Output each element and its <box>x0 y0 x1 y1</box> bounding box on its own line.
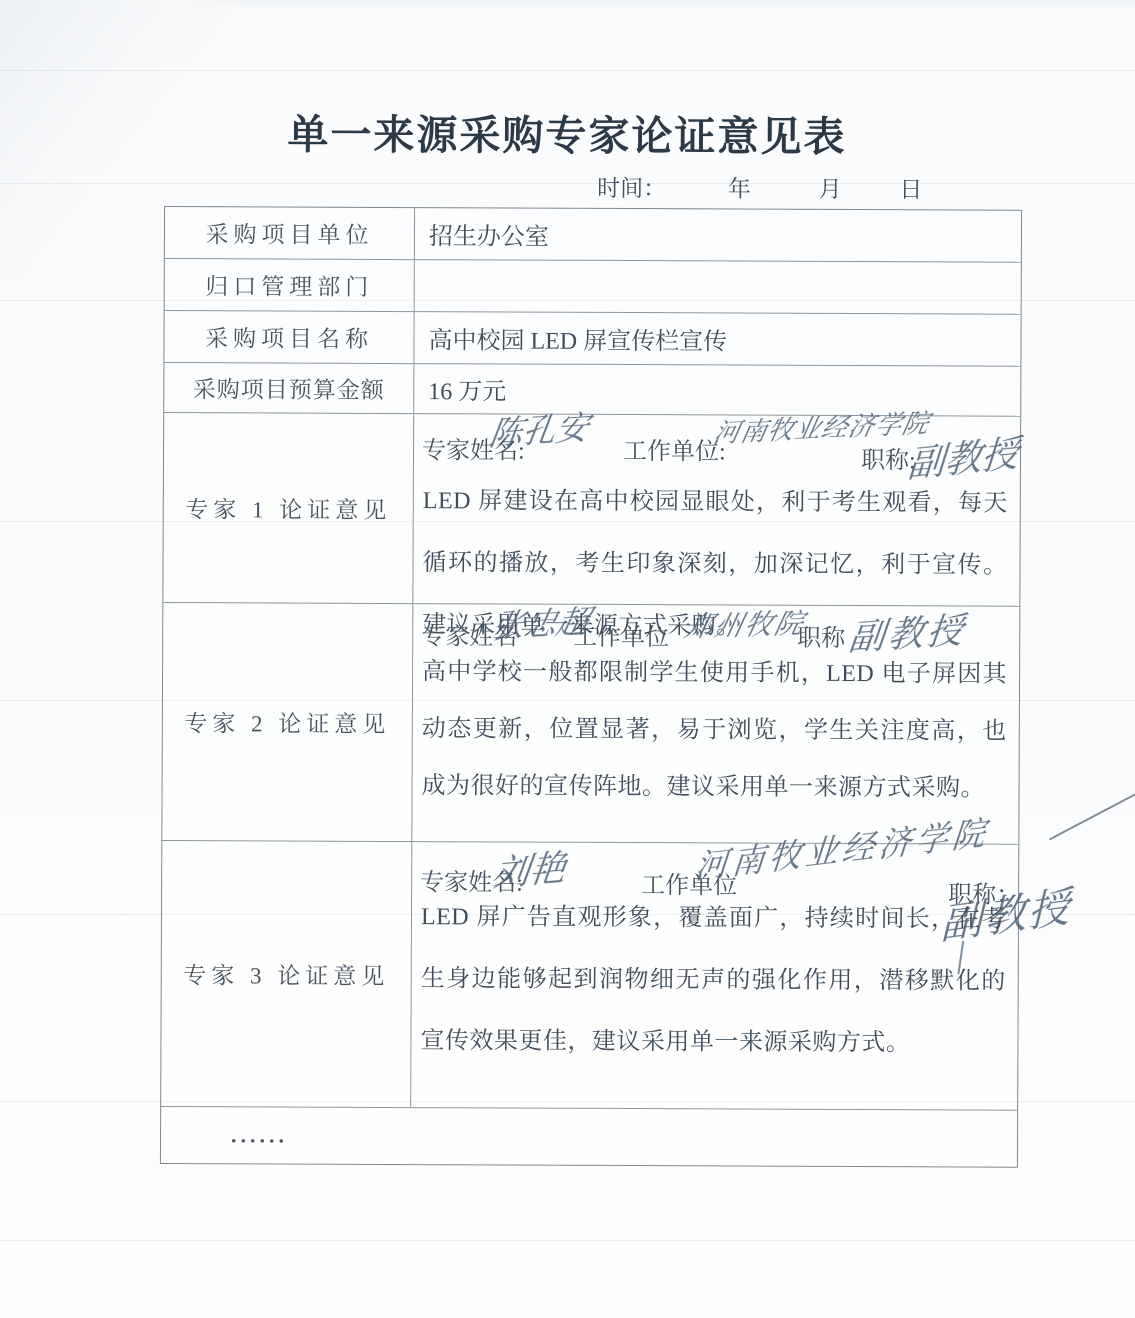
expert-name-handwriting: 陈孔安 <box>487 401 593 455</box>
date-day-label: 日 <box>899 177 922 202</box>
row-value: 招生办公室 <box>415 208 1021 262</box>
expert-2-opinion-cell: 专家姓名 张忠超 工作单位 郑州牧院 职称 副教授 高中学校一般都限制学生使用手… <box>412 604 1019 844</box>
pen-stroke <box>1049 784 1135 841</box>
expert-opinion-text: LED 屏广告直观形象，覆盖面广，持续时间长，在考生身边能够起到润物细无声的强化… <box>420 886 1006 1075</box>
expert-unit-handwriting: 郑州牧院 <box>681 602 810 646</box>
row-label: 归口管理部门 <box>165 259 415 311</box>
row-label: 采购项目预算金额 <box>164 363 414 413</box>
row-label: 采购项目单位 <box>165 207 415 259</box>
page-title: 单一来源采购专家论证意见表 <box>0 100 1135 164</box>
table-row-project-unit: 采购项目单位 招生办公室 <box>165 207 1021 263</box>
table-row-project-name: 采购项目名称 高中校园 LED 屏宣传栏宣传 <box>164 311 1020 367</box>
table-row-expert-2: 专家 2 论证意见 专家姓名 张忠超 工作单位 郑州牧院 职称 副教授 高中学校… <box>162 603 1019 845</box>
form-table: 采购项目单位 招生办公室 归口管理部门 采购项目名称 高中校园 LED 屏宣传栏… <box>160 206 1022 1168</box>
row-label: 专家 3 论证意见 <box>161 841 412 1107</box>
date-year-label: 年 <box>728 176 751 201</box>
date-month-label: 月 <box>819 177 842 202</box>
expert-1-opinion-cell: 专家姓名: 陈孔安 工作单位: 河南牧业经济学院 职称: 副教授 LED 屏建设… <box>413 414 1020 606</box>
ellipsis-text: ...... <box>161 1107 1017 1167</box>
table-row-expert-3: 专家 3 论证意见 专家姓名: 刘艳 工作单位 河南牧业经济学院 职称： 副教授… <box>161 841 1018 1111</box>
table-row-ellipsis: ...... <box>161 1107 1017 1167</box>
expert-opinion-text: 高中学校一般都限制学生使用手机，LED 电子屏因其动态更新，位置显著，易于浏览，… <box>421 644 1007 818</box>
row-label: 专家 2 论证意见 <box>162 603 413 841</box>
row-value <box>415 260 1021 314</box>
document-sheet: 单一来源采购专家论证意见表 时间： 年 月 日 采购项目单位 招生办公室 归口管… <box>0 0 1135 1318</box>
row-label: 采购项目名称 <box>164 311 414 363</box>
table-row-managing-dept: 归口管理部门 <box>165 259 1021 315</box>
scanned-document-page: 单一来源采购专家论证意见表 时间： 年 月 日 采购项目单位 招生办公室 归口管… <box>0 0 1135 1318</box>
row-label: 专家 1 论证意见 <box>163 413 414 603</box>
expert-3-opinion-cell: 专家姓名: 刘艳 工作单位 河南牧业经济学院 职称： 副教授 LED 屏广告直观… <box>411 842 1018 1110</box>
date-line: 时间： 年 月 日 <box>597 170 922 204</box>
date-label: 时间： <box>597 176 666 201</box>
row-value: 高中校园 LED 屏宣传栏宣传 <box>414 312 1020 366</box>
table-row-expert-1: 专家 1 论证意见 专家姓名: 陈孔安 工作单位: 河南牧业经济学院 职称: 副… <box>163 413 1020 607</box>
